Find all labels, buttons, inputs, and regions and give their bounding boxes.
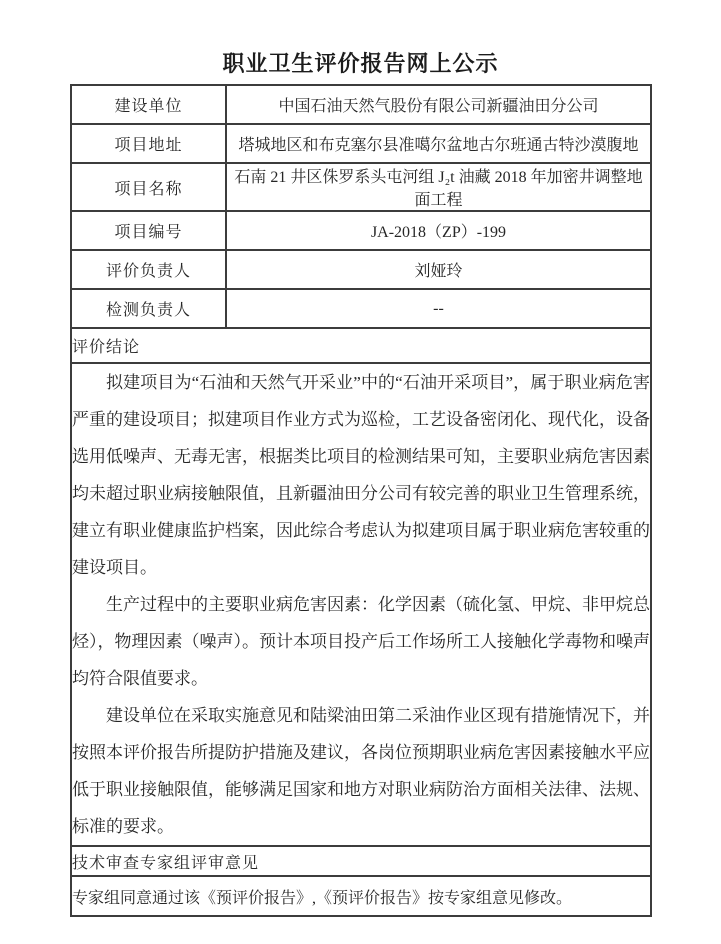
info-label-evaluation-leader: 评价负责人 (71, 250, 226, 289)
conclusion-paragraph-1: 拟建项目为“石油和天然气开采业”中的“石油开采项目”，属于职业病危害严重的建设项… (72, 364, 650, 586)
info-value-evaluation-leader: 刘娅玲 (226, 250, 651, 289)
table-row-testing-leader: 检测负责人 -- (71, 289, 651, 328)
info-label-project-number: 项目编号 (71, 211, 226, 250)
table-row-review-body: 专家组同意通过该《预评价报告》,《预评价报告》按专家组意见修改。 (71, 876, 651, 916)
page-title: 职业卫生评价报告网上公示 (0, 50, 721, 78)
review-header: 技术审查专家组评审意见 (71, 846, 651, 876)
info-label-project-address: 项目地址 (71, 124, 226, 163)
table-row-evaluation-leader: 评价负责人 刘娅玲 (71, 250, 651, 289)
info-label-construction-unit: 建设单位 (71, 85, 226, 124)
table-row-conclusion-header: 评价结论 (71, 328, 651, 363)
info-label-project-name: 项目名称 (71, 163, 226, 211)
table-row-project-number: 项目编号 JA-2018（ZP）-199 (71, 211, 651, 250)
info-value-project-address: 塔城地区和布克塞尔县准噶尔盆地古尔班通古特沙漠腹地 (226, 124, 651, 163)
info-value-testing-leader: -- (226, 289, 651, 328)
table-row-conclusion-body: 拟建项目为“石油和天然气开采业”中的“石油开采项目”，属于职业病危害严重的建设项… (71, 363, 651, 846)
info-label-testing-leader: 检测负责人 (71, 289, 226, 328)
info-value-construction-unit: 中国石油天然气股份有限公司新疆油田分公司 (226, 85, 651, 124)
report-table: 建设单位 中国石油天然气股份有限公司新疆油田分公司 项目地址 塔城地区和布克塞尔… (70, 84, 652, 917)
conclusion-header: 评价结论 (71, 328, 651, 363)
table-row-construction-unit: 建设单位 中国石油天然气股份有限公司新疆油田分公司 (71, 85, 651, 124)
info-value-project-name: 石南 21 井区侏罗系头屯河组 J₂t 油藏 2018 年加密井调整地面工程 (226, 163, 651, 211)
review-content: 专家组同意通过该《预评价报告》,《预评价报告》按专家组意见修改。 (71, 876, 651, 916)
info-value-project-number: JA-2018（ZP）-199 (226, 211, 651, 250)
conclusion-paragraph-2: 生产过程中的主要职业病危害因素：化学因素（硫化氢、甲烷、非甲烷总烃），物理因素（… (72, 586, 650, 697)
table-row-review-header: 技术审查专家组评审意见 (71, 846, 651, 876)
conclusion-body: 拟建项目为“石油和天然气开采业”中的“石油开采项目”，属于职业病危害严重的建设项… (71, 363, 651, 846)
table-row-project-address: 项目地址 塔城地区和布克塞尔县准噶尔盆地古尔班通古特沙漠腹地 (71, 124, 651, 163)
conclusion-paragraph-3: 建设单位在采取实施意见和陆梁油田第二采油作业区现有措施情况下，并按照本评价报告所… (72, 697, 650, 845)
table-row-project-name: 项目名称 石南 21 井区侏罗系头屯河组 J₂t 油藏 2018 年加密井调整地… (71, 163, 651, 211)
